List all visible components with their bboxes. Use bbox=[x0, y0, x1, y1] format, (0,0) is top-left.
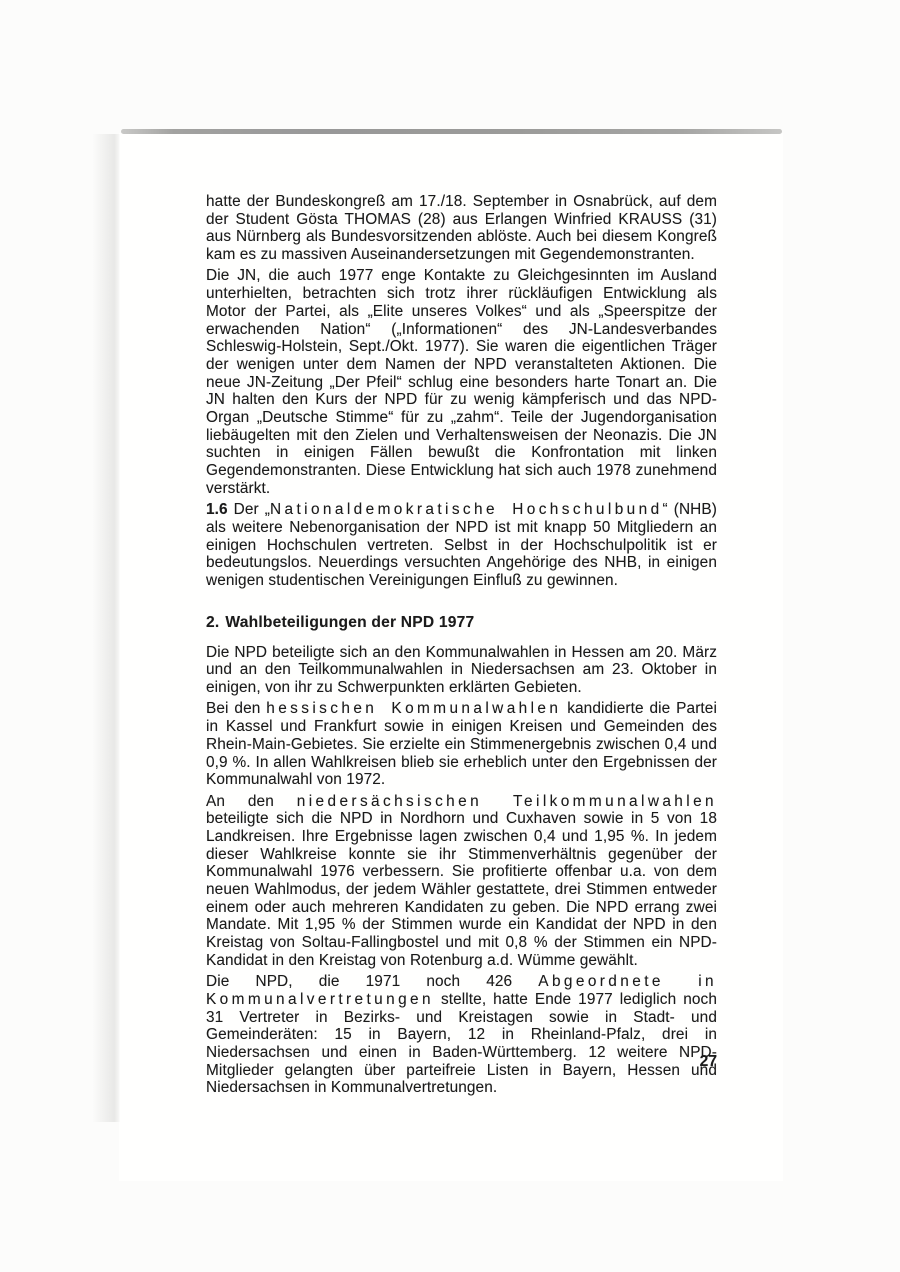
section-number: 1.6 bbox=[206, 501, 228, 518]
paragraph-text: Der „ bbox=[228, 501, 270, 518]
paragraph-jn: Die JN, die auch 1977 enge Kontakte zu G… bbox=[206, 267, 717, 497]
paragraph-abgeordnete: Die NPD, die 1971 noch 426 Abgeordnete i… bbox=[206, 973, 717, 1097]
page-left-edge-shadow bbox=[92, 134, 120, 1122]
body-text: hatte der Bundeskongreß am 17./18. Septe… bbox=[206, 193, 717, 1101]
paragraph-text: Die NPD beteiligte sich an den Kommunalw… bbox=[206, 644, 717, 696]
section-heading-wahlbeteiligungen: 2.Wahlbeteiligungen der NPD 1977 bbox=[206, 614, 717, 632]
paragraph-bundeskongress: hatte der Bundeskongreß am 17./18. Septe… bbox=[206, 193, 717, 264]
emphasized-spaced-text: niedersächsischen Teilkommunalwahlen bbox=[297, 793, 717, 810]
paragraph-text: Bei den bbox=[206, 700, 266, 717]
paragraph-niedersaechsische-teilkommunalwahlen: An den niedersächsischen Teilkommunalwah… bbox=[206, 793, 717, 970]
paragraph-text: hatte der Bundeskongreß am 17./18. Septe… bbox=[206, 193, 717, 263]
heading-title: Wahlbeteiligungen der NPD 1977 bbox=[225, 614, 474, 631]
page-number: 27 bbox=[206, 1053, 717, 1071]
paragraph-text: Die NPD, die 1971 noch 426 bbox=[206, 973, 538, 990]
emphasized-spaced-text: hessischen Kommunalwahlen bbox=[266, 700, 561, 717]
paragraph-nhb: 1.6 Der „Nationaldemokratische Hochschul… bbox=[206, 501, 717, 590]
paragraph-text: beteiligte sich die NPD in Nordhorn und … bbox=[206, 810, 717, 969]
scan-top-edge-line bbox=[121, 129, 782, 134]
heading-number: 2. bbox=[206, 614, 219, 631]
emphasized-spaced-text: Nationaldemokratische Hochschulbund bbox=[270, 501, 663, 518]
paragraph-wahlen-intro: Die NPD beteiligte sich an den Kommunalw… bbox=[206, 644, 717, 697]
paragraph-text: An den bbox=[206, 793, 297, 810]
paragraph-hessische-kommunalwahlen: Bei den hessischen Kommunalwahlen kandid… bbox=[206, 700, 717, 789]
paragraph-text: Die JN, die auch 1977 enge Kontakte zu G… bbox=[206, 267, 717, 496]
